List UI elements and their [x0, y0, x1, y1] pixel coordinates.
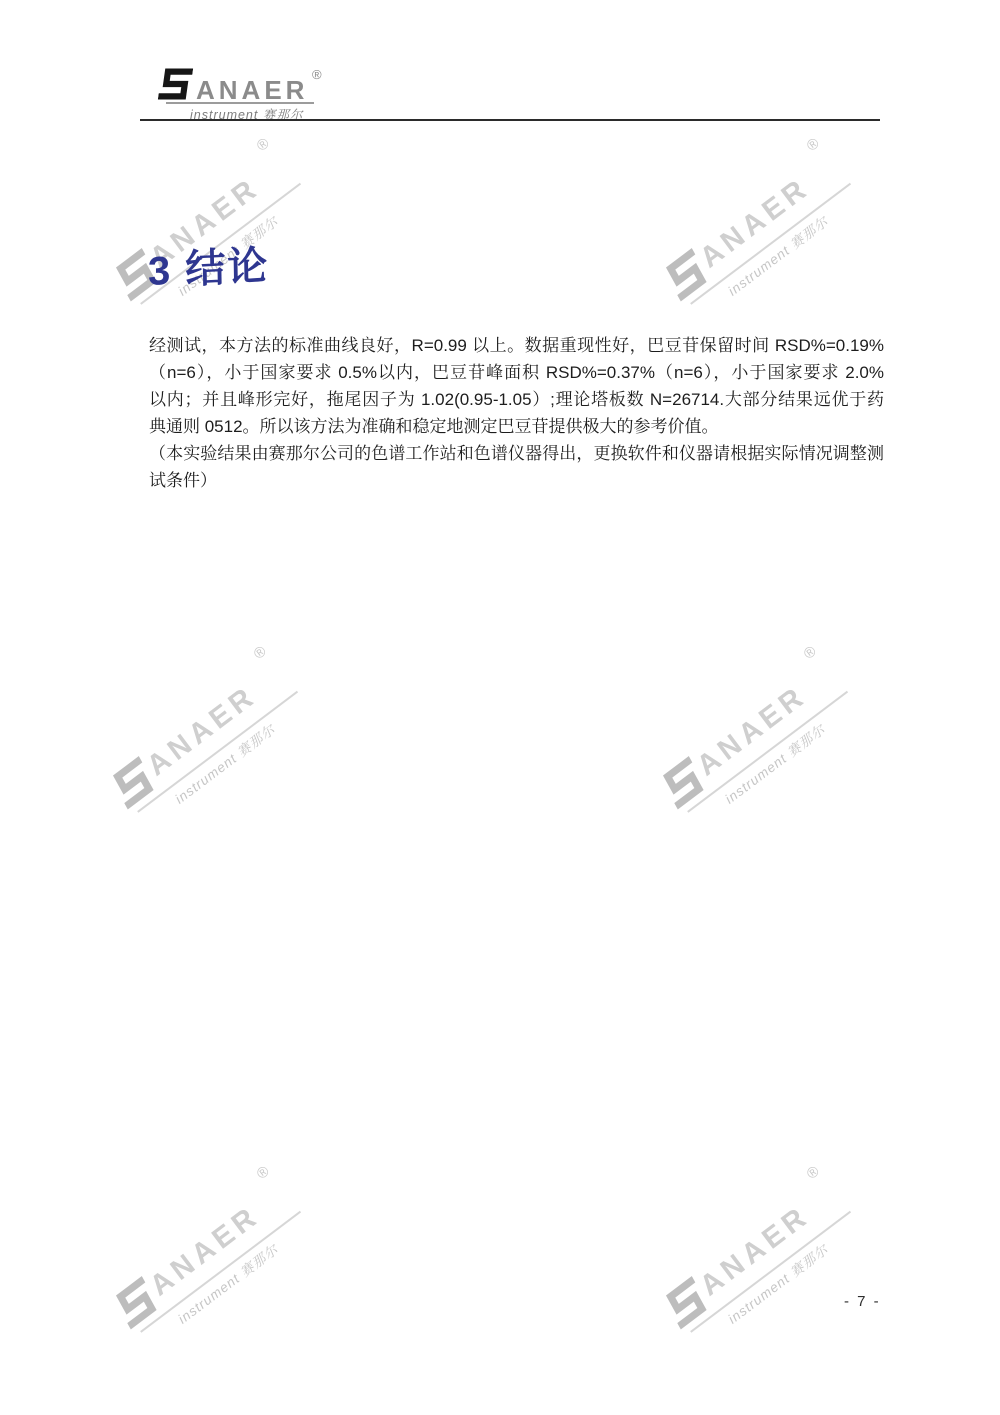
watermark-tagline: instrument 赛那尔 [173, 1239, 282, 1328]
watermark-logo: ANAER ® instrument 赛那尔 [655, 700, 865, 780]
registered-mark-icon: ® [254, 135, 273, 155]
sanaer-s-icon [157, 66, 193, 102]
watermark-logo-inner: ANAER ® instrument 赛那尔 [102, 645, 318, 835]
section-heading: 3 结论 [148, 234, 270, 297]
registered-mark-icon: ® [804, 135, 823, 155]
sanaer-s-icon [109, 754, 157, 811]
body-paragraph: 经测试，本方法的标准曲线良好，R=0.99 以上。数据重现性好，巴豆苷保留时间 … [149, 332, 884, 494]
watermark-logo-inner: ANAER ® instrument 赛那尔 [105, 137, 321, 327]
paragraph-line: 经测试，本方法的标准曲线良好，R=0.99 以上。数据重现性好，巴豆苷保留时间 … [149, 332, 884, 359]
watermark-logo-inner: ANAER ® instrument 赛那尔 [652, 645, 868, 835]
watermark-wordmark: ANAER [694, 1200, 816, 1303]
page-number: - 7 - [844, 1293, 881, 1310]
watermark-wordmark: ANAER [141, 680, 263, 783]
watermark-wordmark: ANAER [144, 1200, 266, 1303]
watermark-underline [687, 691, 848, 813]
registered-mark-icon: ® [312, 67, 322, 82]
watermark-logo: ANAER ® instrument 赛那尔 [108, 1220, 318, 1300]
paragraph-line: （本实验结果由赛那尔公司的色谱工作站和色谱仪器得出，更换软件和仪器请根据实际情况… [149, 440, 884, 467]
sanaer-s-icon [662, 246, 710, 303]
registered-mark-icon: ® [254, 1163, 273, 1183]
paragraph-line: （n=6），小于国家要求 0.5%以内，巴豆苷峰面积 RSD%=0.37%（n=… [149, 359, 884, 386]
registered-mark-icon: ® [804, 1163, 823, 1183]
logo-underline [166, 102, 314, 104]
watermark-wordmark: ANAER [691, 680, 813, 783]
paragraph-line: 以内；并且峰形完好，拖尾因子为 1.02(0.95-1.05）;理论塔板数 N=… [149, 386, 884, 413]
watermark-logo: ANAER ® instrument 赛那尔 [105, 700, 315, 780]
watermark-tagline: instrument 赛那尔 [723, 1239, 832, 1328]
registered-mark-icon: ® [251, 643, 270, 663]
watermark-underline [140, 1211, 301, 1333]
watermark-tagline: instrument 赛那尔 [723, 211, 832, 300]
watermark-logo: ANAER ® instrument 赛那尔 [658, 192, 868, 272]
watermark-tagline: instrument 赛那尔 [720, 719, 829, 808]
sanaer-s-icon [112, 1274, 160, 1331]
watermark-underline [690, 183, 851, 305]
document-page: ANAER ® instrument 赛那尔 ANAER ® instrumen… [0, 0, 1000, 1415]
watermark-wordmark: ANAER [694, 172, 816, 275]
watermark-underline [690, 1211, 851, 1333]
watermark-logo-inner: ANAER ® instrument 赛那尔 [105, 1165, 321, 1355]
header-rule [140, 119, 880, 121]
brand-logo: ANAER ® instrument 赛那尔 [160, 60, 340, 120]
watermark-underline [137, 691, 298, 813]
sanaer-s-icon [662, 1274, 710, 1331]
watermark-logo-inner: ANAER ® instrument 赛那尔 [655, 137, 871, 327]
paragraph-line: 典通则 0512。所以该方法为准确和稳定地测定巴豆苷提供极大的参考价值。 [149, 413, 884, 440]
watermark-tagline: instrument 赛那尔 [170, 719, 279, 808]
paragraph-line: 试条件） [149, 467, 884, 494]
watermark-logo-inner: ANAER ® instrument 赛那尔 [655, 1165, 871, 1355]
watermark-logo: ANAER ® instrument 赛那尔 [658, 1220, 868, 1300]
registered-mark-icon: ® [801, 643, 820, 663]
sanaer-s-icon [659, 754, 707, 811]
